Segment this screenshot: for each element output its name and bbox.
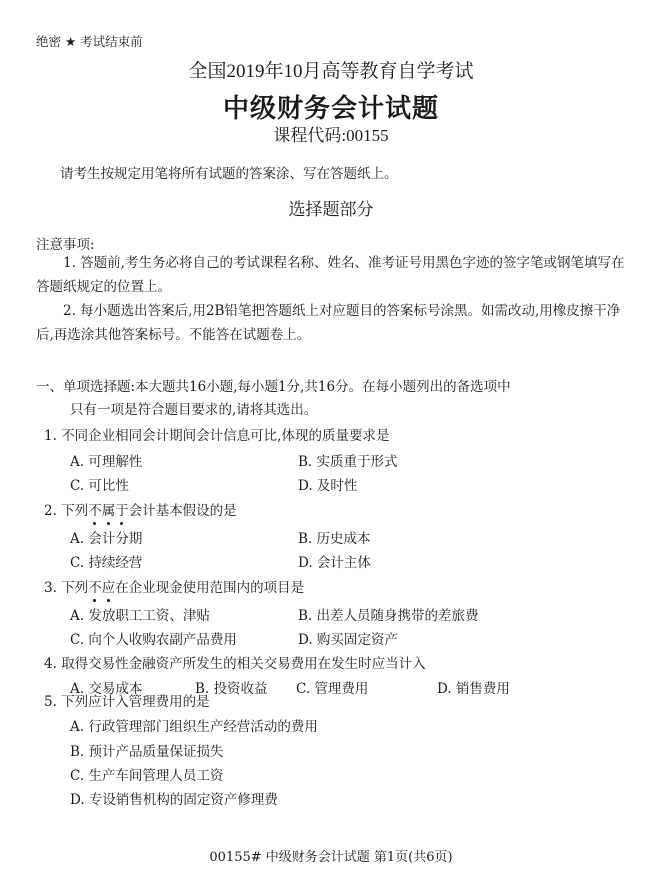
note-item: 2. 每小题选出答案后,用2B铅笔把答题纸上对应题目的答案标号涂黑。如需改动,用… [36,299,626,347]
section-heading: 选择题部分 [0,195,662,220]
course-code: 课程代码:00155 [0,121,662,146]
option-3c: C. 向个人收购农副产品费用 [70,628,237,648]
notes-label: 注意事项: [36,233,95,253]
question-1: 1. 不同企业相同会计期间会计信息可比,体现的质量要求是 [44,424,389,444]
option-5b: B. 预计产品质量保证损失 [70,740,224,760]
option-2a: A. 会计分期 [70,527,142,547]
question-number: 5. [44,694,57,710]
question-text: 取得交易性金融资产所发生的相关交易费用在发生时应当计入 [61,656,426,672]
page-footer: 00155# 中级财务会计试题 第1页(共6页) [0,846,662,865]
question-text: 下列不属于会计基本假设的是 [61,503,237,519]
option-2b: B. 历史成本 [298,527,371,547]
emphasis-char: 应 [102,580,116,596]
option-2c: C. 持续经营 [70,551,142,571]
question-5: 5. 下列应计入管理费用的是 [44,690,210,710]
answer-instruction: 请考生按规定用笔将所有试题的答案涂、写在答题纸上。 [60,162,398,182]
option-1a: A. 可理解性 [70,450,142,470]
question-3: 3. 下列不应在企业现金使用范围内的项目是 [44,576,304,596]
confidential-label: 绝密 ★ 考试结束前 [36,32,143,50]
note-item: 1. 答题前,考生务必将自己的考试课程名称、姓名、准考证号用黑色字迹的签字笔或钢… [36,251,626,299]
option-4d: D. 销售费用 [437,677,510,697]
option-3d: D. 购买固定资产 [298,628,398,648]
question-2: 2. 下列不属于会计基本假设的是 [44,499,237,519]
question-text: 不同企业相同会计期间会计信息可比,体现的质量要求是 [61,428,389,444]
question-4: 4. 取得交易性金融资产所发生的相关交易费用在发生时应当计入 [44,652,426,672]
question-text: 下列应计入管理费用的是 [61,694,210,710]
option-3b: B. 出差人员随身携带的差旅费 [298,604,479,624]
emphasis-char: 属 [102,503,116,519]
part-one-heading: 一、单项选择题:本大题共16小题,每小题1分,共16分。在每小题列出的备选项中 [36,375,511,395]
emphasis-char: 不 [88,580,102,596]
option-1c: C. 可比性 [70,474,129,494]
question-number: 4. [44,656,57,672]
option-3a: A. 发放职工工资、津贴 [70,604,210,624]
subject-title: 中级财务会计试题 [0,88,662,125]
option-1d: D. 及时性 [298,474,357,494]
question-number: 2. [44,503,57,519]
option-5d: D. 专设销售机构的固定资产修理费 [70,788,278,808]
question-number: 3. [44,580,57,596]
question-text: 下列不应在企业现金使用范围内的项目是 [61,580,304,596]
option-5c: C. 生产车间管理人员工资 [70,764,223,784]
option-4c: C. 管理费用 [296,677,368,697]
emphasis-char: 于 [115,503,129,519]
exam-title: 全国2019年10月高等教育自学考试 [0,56,662,83]
part-one-heading-cont: 只有一项是符合题目要求的,请将其选出。 [70,398,317,418]
option-5a: A. 行政管理部门组织生产经营活动的费用 [70,715,318,735]
question-number: 1. [44,428,57,444]
option-1b: B. 实质重于形式 [298,450,398,470]
emphasis-char: 不 [88,503,102,519]
option-2d: D. 会计主体 [298,551,371,571]
